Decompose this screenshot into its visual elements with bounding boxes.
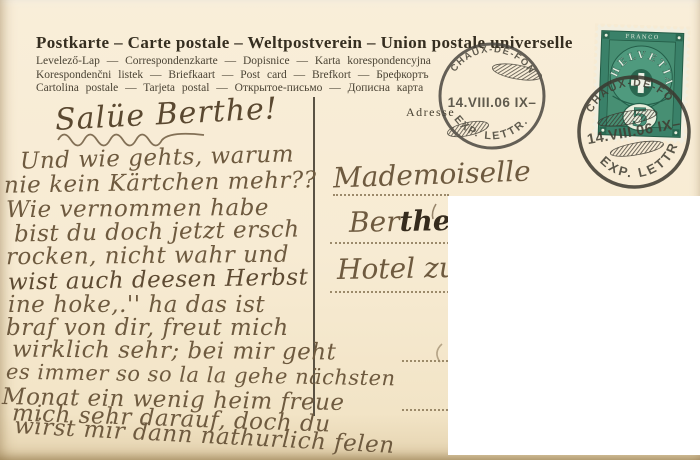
white-mask-rectangle: [448, 196, 700, 455]
postmark-date: 14.VIII.06 IX–: [448, 95, 537, 110]
postcard-scan: Postkarte – Carte postale – Weltpostvere…: [0, 0, 700, 460]
message-line: wist auch deesen Herbst: [8, 265, 309, 294]
stamp-value: 5: [631, 103, 649, 133]
address-line-mademoiselle: Mademoiselle: [332, 155, 531, 195]
postage-stamp: FRANCO HELVETIA 5: [591, 23, 691, 144]
stamp-franco-label: FRANCO: [625, 34, 660, 41]
message-line: ine hoke,.'' ha das ist: [8, 293, 265, 317]
address-dotted-rule: [333, 194, 449, 196]
postmark-service-arc: EXP. LETTR.: [451, 113, 531, 142]
header-line-3: Korespondenčni listek — Briefkaart — Pos…: [36, 69, 429, 81]
adresse-label: Adresse: [406, 105, 455, 120]
address-dotted-rule: [402, 409, 448, 411]
header-line-2: Levelező-Lap — Correspondenzkarte — Dopi…: [36, 55, 431, 67]
address-line-berthe: Berthe: [349, 204, 451, 239]
header-line-4: Cartolina postale — Tarjeta postal — Отк…: [36, 82, 423, 94]
address-dotted-rule: [402, 360, 448, 362]
address-line-hotel: Hotel zu: [337, 251, 457, 286]
address-name-dark: the: [399, 204, 451, 238]
handwritten-greeting: Salüe Berthe!: [54, 91, 279, 138]
stamp-artwork: FRANCO HELVETIA 5: [591, 23, 691, 144]
header-line-1: Postkarte – Carte postale – Weltpostvere…: [36, 33, 573, 53]
message-line: nie kein Kärtchen mehr??: [4, 168, 317, 197]
address-name-light: Ber: [349, 205, 400, 239]
address-dotted-rule: [330, 242, 449, 244]
address-dotted-rule: [330, 291, 449, 293]
